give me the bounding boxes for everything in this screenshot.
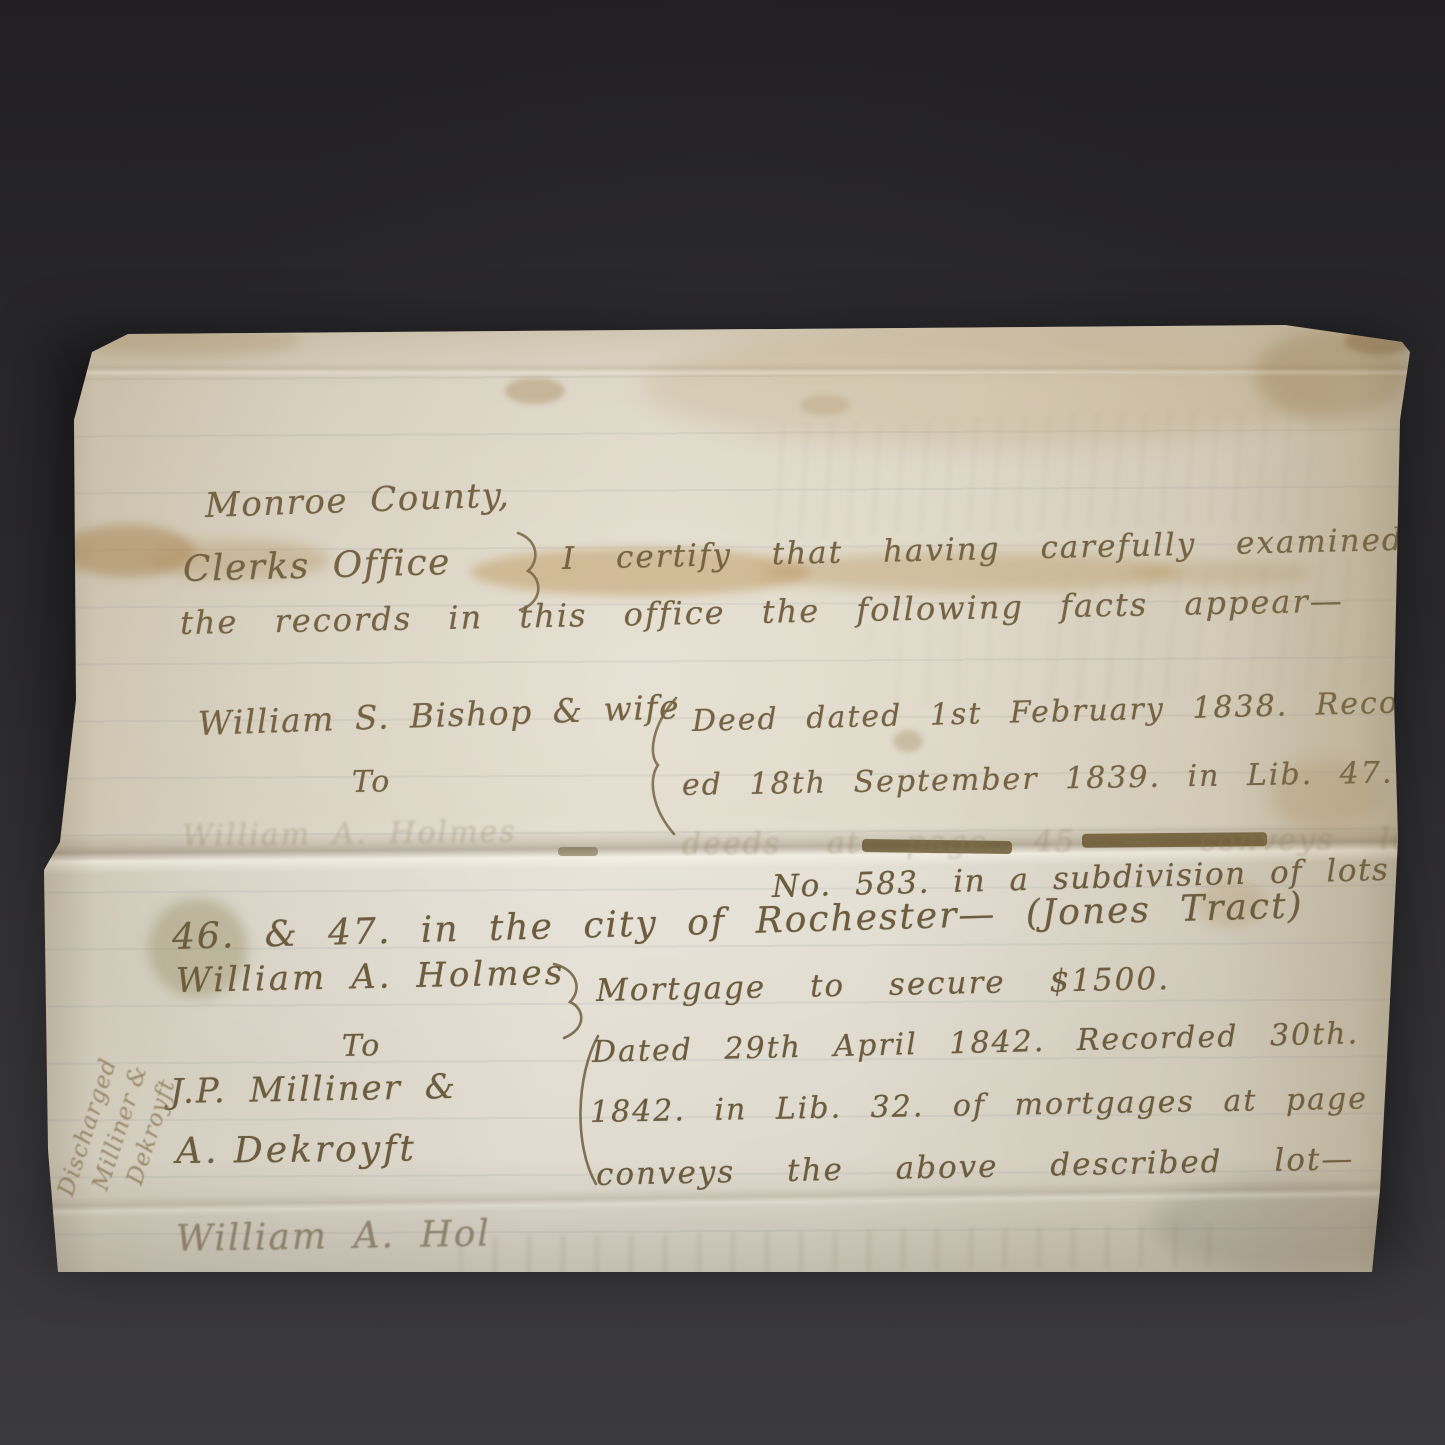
document-paper: Monroe County, Clerks Office I certify t… xyxy=(40,320,1412,1272)
paper-edge-shading xyxy=(40,320,1412,1272)
